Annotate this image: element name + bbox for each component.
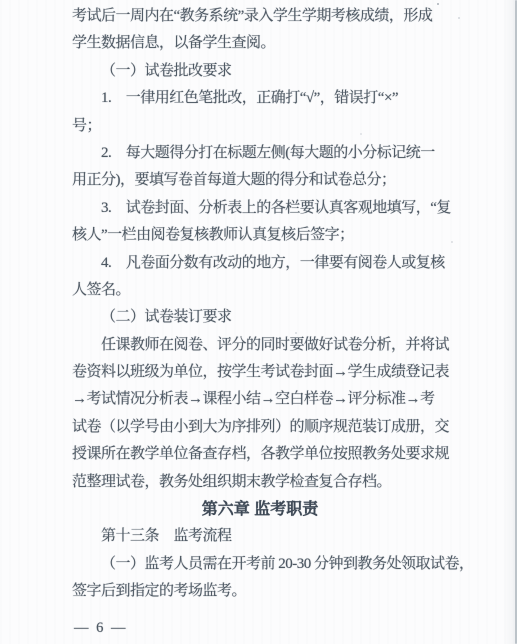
chapter-heading: 第六章 监考职责 xyxy=(72,496,448,523)
doc-line: 4. 凡卷面分数有改动的地方，一律要有阅卷人或复核 xyxy=(72,250,448,277)
doc-line: 卷资料以班级为单位，按学生考试卷封面→学生成绩登记表 xyxy=(72,359,448,386)
scanned-document-page: 考试后一周内在“教务系统”录入学生学期考核成绩，形成 学生数据信息，以备学生查阅… xyxy=(0,0,517,644)
document-body: 考试后一周内在“教务系统”录入学生学期考核成绩，形成 学生数据信息，以备学生查阅… xyxy=(72,3,448,606)
doc-line: 范整理试卷，教务处组织期末教学检查复合存档。 xyxy=(72,469,448,496)
page-number: — 6 — xyxy=(74,619,128,637)
doc-line: 学生数据信息，以备学生查阅。 xyxy=(72,30,448,57)
doc-line: →考试情况分析表→课程小结→空白样卷→评分标准→考 xyxy=(72,386,448,413)
doc-line: 授课所在教学单位备查存档，各教学单位按照教务处要求规 xyxy=(72,441,448,468)
doc-line: 试卷（以学号由小到大为序排列）的顺序规范装订成册，交 xyxy=(72,414,448,441)
doc-line: 签字后到指定的考场监考。 xyxy=(72,578,448,605)
article-title: 第十三条 监考流程 xyxy=(72,523,448,550)
doc-line: 3. 试卷封面、分析表上的各栏要认真客观地填写，“复 xyxy=(72,195,448,222)
scan-speck xyxy=(458,17,460,19)
doc-line: 1. 一律用红色笔批改，正确打“√”，错误打“×” xyxy=(72,85,448,112)
doc-line: 核人”一栏由阅卷复核教师认真复核后签字； xyxy=(72,222,448,249)
doc-line: 考试后一周内在“教务系统”录入学生学期考核成绩，形成 xyxy=(72,3,448,30)
doc-line: （一）监考人员需在开考前 20-30 分钟到教务处领取试卷， xyxy=(72,551,448,578)
doc-line: 用正分)，要填写卷首每道大题的得分和试卷总分； xyxy=(72,167,448,194)
doc-line: 号； xyxy=(72,113,448,140)
scan-edge-shadow xyxy=(503,0,515,644)
section-title: （二）试卷装订要求 xyxy=(72,304,448,331)
doc-line: 人签名。 xyxy=(72,277,448,304)
scan-speck xyxy=(451,241,453,243)
doc-line: 2. 每大题得分打在标题左侧(每大题的小分标记统一 xyxy=(72,140,448,167)
section-title: （一）试卷批改要求 xyxy=(72,58,448,85)
doc-line: 任课教师在阅卷、评分的同时要做好试卷分析，并将试 xyxy=(72,332,448,359)
